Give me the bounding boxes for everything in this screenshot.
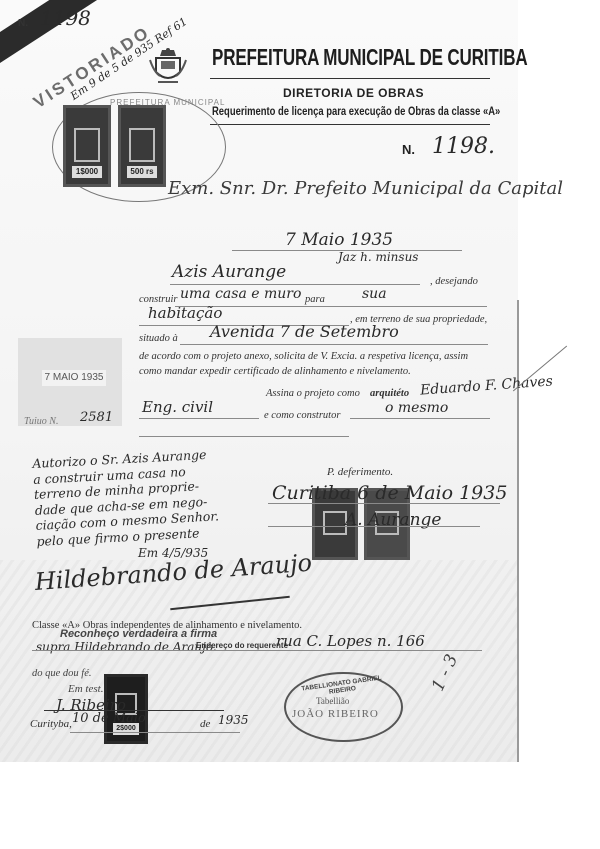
situado-rule (180, 344, 488, 345)
page-title: PREFEITURA MUNICIPAL DE CURITIBA (212, 44, 527, 71)
tax-stamp-1: 1$000 (63, 105, 111, 187)
de-label: de (200, 718, 210, 730)
builder-handwritten: o mesmo (385, 400, 448, 416)
notary-seal-middle: Tabellião (316, 696, 349, 706)
stamp-value: 500 rs (127, 166, 157, 178)
applicant-rule (170, 284, 420, 285)
paragraph-line-1: de acordo com o projeto anexo, solicita … (139, 351, 468, 362)
blank-rule (139, 436, 349, 437)
request-title: Requerimento de licença para execução de… (212, 106, 500, 118)
request-title-rule (210, 124, 490, 125)
authorization-note: Autorizo o Sr. Azis Aurange a construir … (32, 446, 220, 548)
department-subtitle: DIRETORIA DE OBRAS (283, 86, 424, 100)
notary-doque: do que dou fé. (32, 668, 92, 679)
construction-handwritten: uma casa e muro (180, 286, 301, 302)
stamp-emblem (74, 128, 100, 162)
title-rule (210, 78, 490, 79)
registry-stamp-date: 7 MAIO 1935 (42, 370, 106, 386)
notary-date-handwritten: 10 de Maio (72, 711, 146, 726)
request-number-handwritten: 1198. (432, 134, 495, 159)
deferimento-rule-1 (268, 503, 500, 504)
assina-label: Assina o projeto como (266, 388, 360, 399)
address-rule (32, 650, 482, 651)
notary-date-rule (70, 732, 240, 733)
paragraph-line-2: como mandar expedir certificado de alinh… (139, 366, 411, 377)
top-number-label: N. (18, 18, 28, 29)
notary-year-handwritten: 1935 (218, 713, 249, 727)
deferimento-place-date: Curitiba 6 de Maio 1935 (272, 482, 507, 504)
date-note-handwritten: Jaz h. minsus (338, 250, 418, 264)
location-handwritten: Avenida 7 de Setembro (210, 322, 399, 341)
stamp-emblem (323, 511, 347, 535)
arquiteto-label: arquitéto (370, 388, 409, 399)
engineer-handwritten: Eng. civil (142, 398, 213, 416)
builder-rule (350, 418, 490, 419)
para-label: para (305, 294, 325, 305)
desejando-label: , desejando (430, 276, 478, 287)
request-number-label: N. (402, 142, 415, 157)
coat-of-arms-icon (146, 46, 190, 90)
deferimento-signature: A. Aurange (345, 510, 441, 530)
registry-number-handwritten: 2581 (80, 410, 113, 425)
para-handwritten: sua (362, 286, 387, 302)
applicant-name-handwritten: Azis Aurange (172, 262, 286, 282)
deferimento-label: P. deferimento. (327, 466, 393, 478)
curityba-label: Curityba, (30, 718, 72, 730)
address-handwritten: rua C. Lopes n. 166 (276, 632, 425, 650)
firma-handwritten: supra Hildebrando de Araujo. (36, 640, 217, 654)
deferimento-rule-2 (268, 526, 480, 527)
paper-edge (517, 300, 519, 762)
engineer-rule (139, 418, 259, 419)
stamp-value: 1$000 (72, 166, 102, 178)
address-label: Endereço do requerente (196, 641, 288, 650)
request-date-handwritten: 7 Maio 1935 (285, 230, 393, 250)
situado-label: situado à (139, 333, 178, 344)
notary-seal-bottom: JOÃO RIBEIRO (292, 708, 379, 720)
greeting: Exm. Snr. Dr. Prefeito Municipal da Capi… (168, 178, 563, 199)
tax-stamp-2: 500 rs (118, 105, 166, 187)
construtor-label: e como construtor (264, 410, 340, 421)
notary-recognition: Reconheço verdadeira a firma (60, 628, 217, 640)
top-number-handwritten: 1198 (40, 6, 91, 30)
purpose-handwritten: habitação (148, 304, 222, 322)
stamp-emblem (129, 128, 155, 162)
registry-caption: Tuiuo N. (24, 416, 58, 427)
